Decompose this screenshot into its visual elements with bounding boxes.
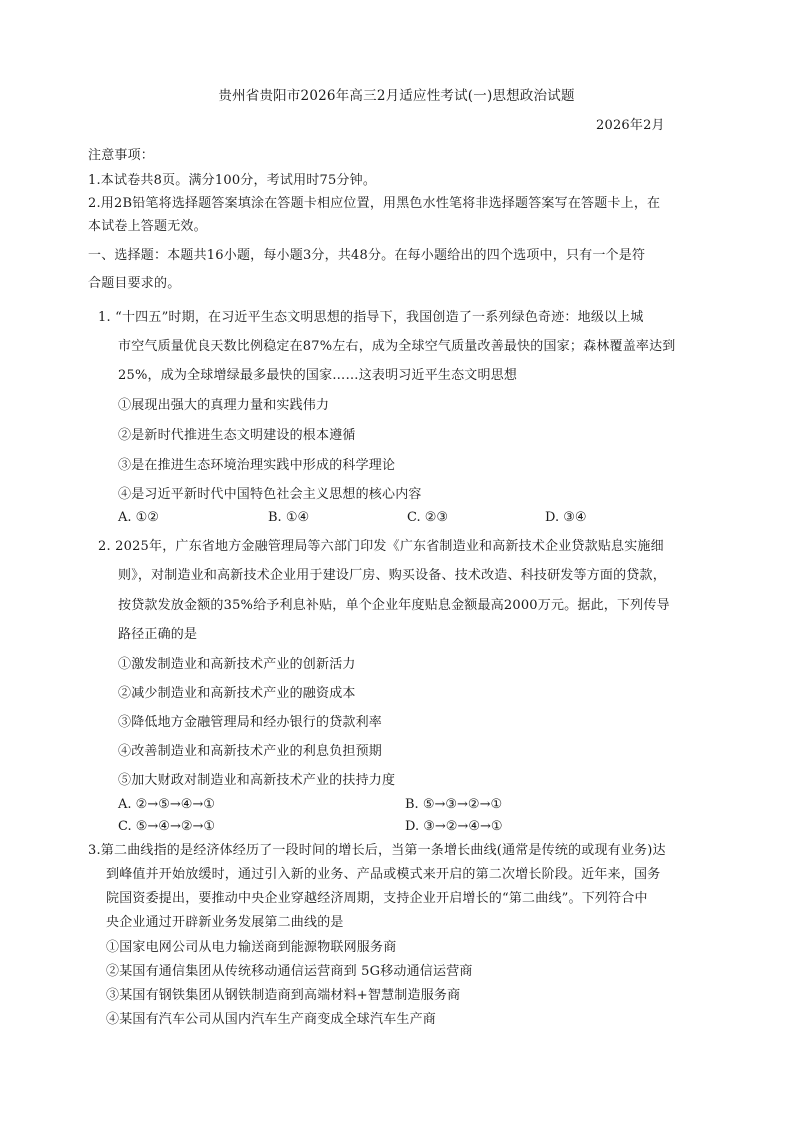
- option-a: A. ①②: [118, 510, 159, 526]
- question-stem: 院国资委提出，要推动中央企业穿越经济周期，支持企业开启增长的“第二曲线”。下列符…: [106, 891, 648, 907]
- question-stem: 2. 2025年，广东省地方金融管理局等六部门印发《广东省制造业和高新技术企业贷…: [98, 539, 664, 555]
- exam-title: 贵州省贵阳市2026年高三2月适应性考试(一)思想政治试题: [0, 88, 793, 104]
- statement: ②是新时代推进生态文明建设的根本遵循: [118, 428, 356, 444]
- option-c: C. ②③: [407, 510, 448, 526]
- notice-item: 1.本试卷共8页。满分100分，考试用时75分钟。: [88, 173, 376, 189]
- statement: ①展现出强大的真理力量和实践伟力: [118, 398, 329, 414]
- section-heading: 一、选择题：本题共16小题，每小题3分，共48分。在每小题给出的四个选项中，只有…: [88, 248, 645, 264]
- notice-item: 2.用2B铅笔将选择题答案填涂在答题卡相应位置，用黑色水性笔将非选择题答案写在答…: [88, 196, 660, 212]
- statement: ④是习近平新时代中国特色社会主义思想的核心内容: [118, 487, 422, 503]
- option-d: D. ③→②→④→①: [405, 819, 503, 835]
- statement: ③某国有钢铁集团从钢铁制造商到高端材料+智慧制造服务商: [106, 988, 460, 1004]
- option-b: B. ①④: [268, 510, 309, 526]
- question-stem: 市空气质量优良天数比例稳定在87%左右，成为全球空气质量改善最快的国家；森林覆盖…: [118, 339, 676, 355]
- option-c: C. ⑤→④→②→①: [118, 819, 215, 835]
- statement: ⑤加大财政对制造业和高新技术产业的扶持力度: [118, 773, 395, 789]
- question-stem: 1. “十四五”时期，在习近平生态文明思想的指导下，我国创造了一系列绿色奇迹：地…: [98, 310, 644, 326]
- statement: ①激发制造业和高新技术产业的创新活力: [118, 657, 356, 673]
- question-stem: 3.第二曲线指的是经济体经历了一段时间的增长后，当第一条增长曲线(通常是传统的或…: [88, 843, 666, 859]
- option-b: B. ⑤→③→②→①: [405, 797, 502, 813]
- question-stem: 到峰值并开始放缓时，通过引入新的业务、产品或模式来开启的第二次增长阶段。近年来，…: [106, 867, 660, 883]
- statement: ②某国有通信集团从传统移动通信运营商到 5G移动通信运营商: [106, 964, 473, 980]
- section-heading: 合题目要求的。: [88, 276, 180, 292]
- option-d: D. ③④: [545, 510, 587, 526]
- notice-heading: 注意事项：: [88, 148, 154, 164]
- question-stem: 按贷款发放金额的35%给予利息补贴，单个企业年度贴息金额最高2000万元。据此，…: [118, 598, 670, 614]
- statement: ③是在推进生态环境治理实践中形成的科学理论: [118, 458, 395, 474]
- notice-item: 本试卷上答题无效。: [88, 219, 207, 235]
- question-stem: 路径正确的是: [118, 627, 197, 643]
- option-a: A. ②→⑤→④→①: [118, 797, 215, 813]
- statement: ④某国有汽车公司从国内汽车生产商变成全球汽车生产商: [106, 1012, 436, 1028]
- exam-date: 2026年2月: [596, 118, 665, 134]
- statement: ④改善制造业和高新技术产业的利息负担预期: [118, 744, 382, 760]
- question-stem: 则》，对制造业和高新技术企业用于建设厂房、购买设备、技术改造、科技研发等方面的贷…: [118, 568, 666, 584]
- statement: ③降低地方金融管理局和经办银行的贷款利率: [118, 715, 382, 731]
- statement: ①国家电网公司从电力输送商到能源物联网服务商: [106, 940, 396, 956]
- question-stem: 央企业通过开辟新业务发展第二曲线的是: [106, 915, 344, 931]
- statement: ②减少制造业和高新技术产业的融资成本: [118, 686, 356, 702]
- question-stem: 25%，成为全球增绿最多最快的国家……这表明习近平生态文明思想: [118, 368, 517, 384]
